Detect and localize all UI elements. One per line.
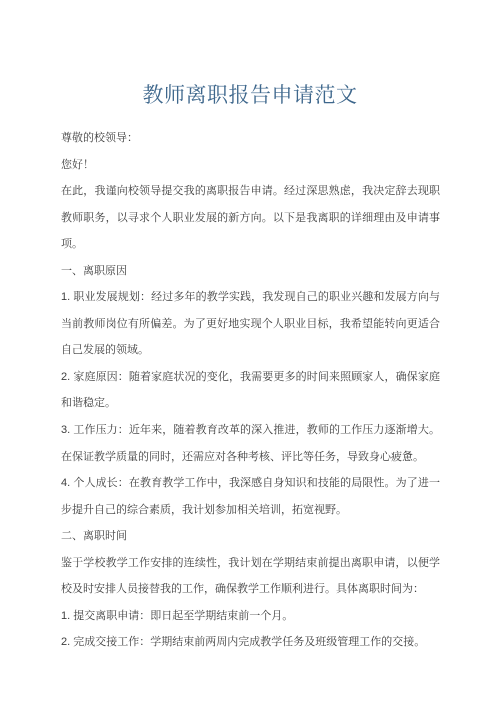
text-line: 自己发展的领域。	[61, 337, 440, 364]
text-line-salutation: 尊敬的校领导：	[61, 125, 440, 152]
text-line-greeting: 您好！	[61, 152, 440, 179]
text-line: 校及时安排人员接替我的工作，确保教学工作顺利进行。具体离职时间为：	[61, 576, 440, 603]
document-body: 尊敬的校领导： 您好！ 在此，我谨向校领导提交我的离职报告申请。经过深思熟虑，我…	[61, 125, 440, 656]
text-line: 3. 工作压力：近年来，随着教育改革的深入推进，教师的工作压力逐渐增大。	[61, 417, 440, 444]
text-line: 在保证教学质量的同时，还需应对各种考核、评比等任务，导致身心疲惫。	[61, 444, 440, 471]
text-line: 步提升自己的综合素质，我计划参加相关培训，拓宽视野。	[61, 497, 440, 524]
text-line: 教师职务，以寻求个人职业发展的新方向。以下是我离职的详细理由及申请事	[61, 205, 440, 232]
document-title: 教师离职报告申请范文	[0, 83, 500, 109]
text-line: 项。	[61, 231, 440, 258]
section-heading-1: 一、离职原因	[61, 258, 440, 285]
text-line: 1. 职业发展规划：经过多年的教学实践，我发现自己的职业兴趣和发展方向与	[61, 284, 440, 311]
text-line: 鉴于学校教学工作安排的连续性，我计划在学期结束前提出离职申请，以便学	[61, 550, 440, 577]
text-line: 2. 完成交接工作：学期结束前两周内完成教学任务及班级管理工作的交接。	[61, 629, 440, 656]
text-line: 当前教师岗位有所偏差。为了更好地实现个人职业目标，我希望能转向更适合	[61, 311, 440, 338]
text-line: 和谐稳定。	[61, 390, 440, 417]
text-line: 1. 提交离职申请：即日起至学期结束前一个月。	[61, 603, 440, 630]
text-line: 4. 个人成长：在教育教学工作中，我深感自身知识和技能的局限性。为了进一	[61, 470, 440, 497]
text-line: 在此，我谨向校领导提交我的离职报告申请。经过深思熟虑，我决定辞去现职	[61, 178, 440, 205]
document-page: 教师离职报告申请范文 尊敬的校领导： 您好！ 在此，我谨向校领导提交我的离职报告…	[0, 0, 500, 707]
text-line: 2. 家庭原因：随着家庭状况的变化，我需要更多的时间来照顾家人，确保家庭	[61, 364, 440, 391]
section-heading-2: 二、离职时间	[61, 523, 440, 550]
